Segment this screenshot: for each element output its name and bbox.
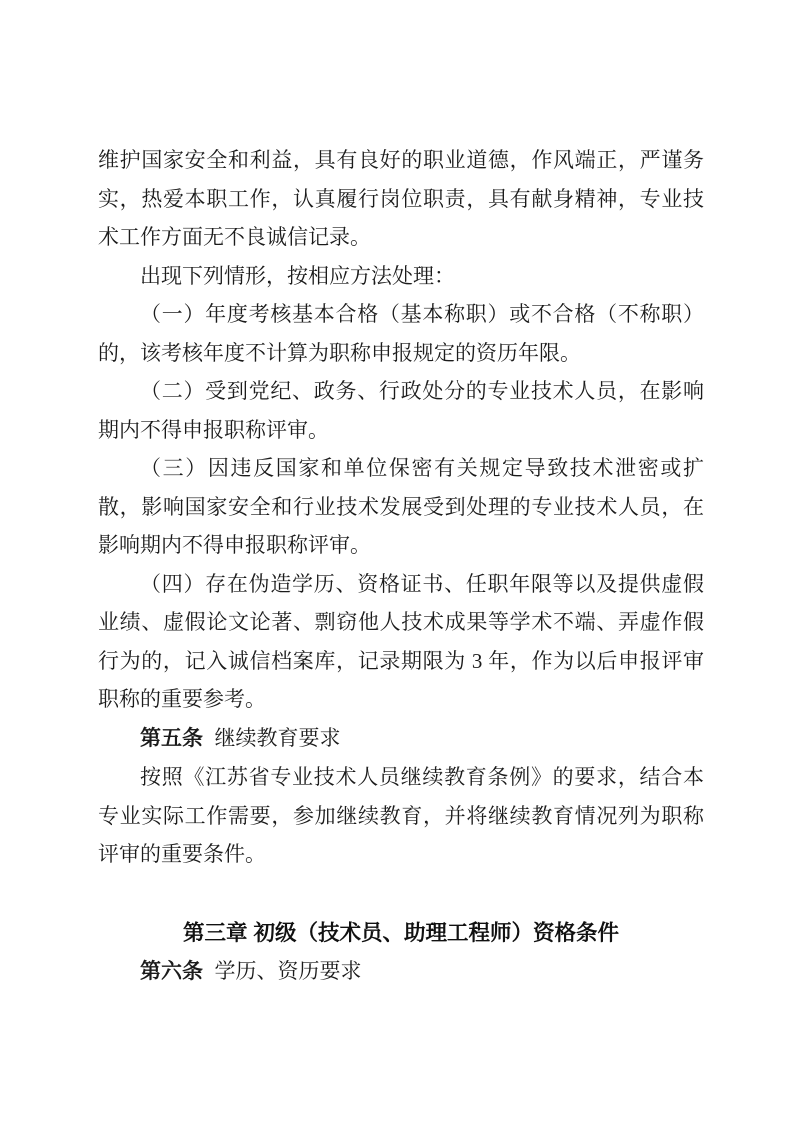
- article-5-body: 按照《江苏省专业技术人员继续教育条例》的要求，结合本专业实际工作需要，参加继续教…: [98, 758, 704, 874]
- article-5-title: 继续教育要求: [215, 726, 341, 750]
- list-item-4: （四）存在伪造学历、资格证书、任职年限等以及提供虚假业绩、虚假论文论著、剽窃他人…: [98, 565, 704, 719]
- chapter-3-heading: 第三章 初级（技术员、助理工程师）资格条件: [98, 914, 704, 953]
- article-5-label: 第五条: [140, 727, 203, 750]
- list-item-2: （二）受到党纪、政务、行政处分的专业技术人员，在影响期内不得申报职称评审。: [98, 372, 704, 449]
- document-page: 维护国家安全和利益，具有良好的职业道德，作风端正，严谨务实，热爱本职工作，认真履…: [0, 0, 793, 1122]
- article-6-label: 第六条: [140, 960, 203, 983]
- list-item-1: （一）年度考核基本合格（基本称职）或不合格（不称职）的，该考核年度不计算为职称申…: [98, 295, 704, 372]
- paragraph-continuation: 维护国家安全和利益，具有良好的职业道德，作风端正，严谨务实，热爱本职工作，认真履…: [98, 141, 704, 257]
- document-content: 维护国家安全和利益，具有良好的职业道德，作风端正，严谨务实，热爱本职工作，认真履…: [98, 141, 704, 992]
- article-6-title: 学历、资历要求: [215, 959, 362, 983]
- article-6-heading: 第六条学历、资历要求: [98, 952, 704, 992]
- paragraph-intro: 出现下列情形，按相应方法处理：: [98, 257, 704, 296]
- list-item-3: （三）因违反国家和单位保密有关规定导致技术泄密或扩散，影响国家安全和行业技术发展…: [98, 449, 704, 565]
- article-5-heading: 第五条继续教育要求: [98, 719, 704, 759]
